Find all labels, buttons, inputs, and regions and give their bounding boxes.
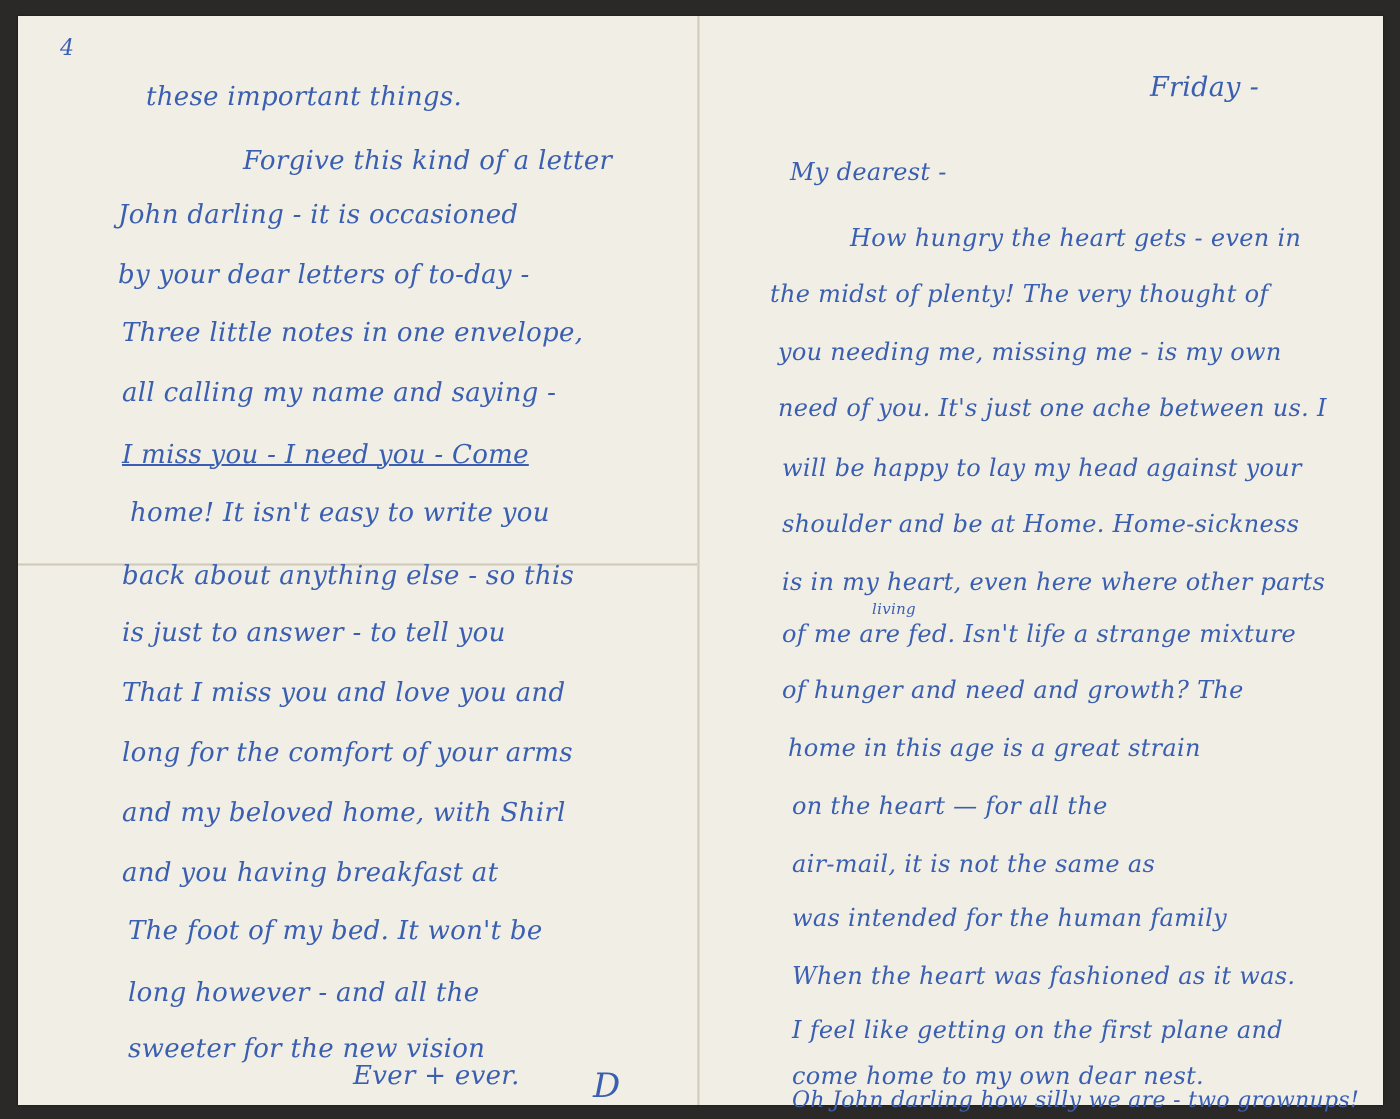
letter-line: the midst of plenty! The very thought of [770, 280, 1269, 308]
inserted-word: living [872, 600, 916, 618]
letter-line: was intended for the human family [792, 904, 1227, 932]
letter-line: will be happy to lay my head against you… [782, 454, 1302, 482]
letter-line: Forgive this kind of a letter [243, 146, 612, 176]
right-page: Friday - My dearest - How hungry the hea… [700, 16, 1383, 1105]
letter-line: home in this age is a great strain [788, 734, 1201, 762]
letter-line: and my beloved home, with Shirl [122, 798, 566, 828]
letter-line: need of you. It's just one ache between … [778, 394, 1327, 422]
letter-line: air-mail, it is not the same as [792, 850, 1155, 878]
letter-line: Oh John darling how silly we are - two g… [792, 1088, 1359, 1113]
letter-line: you needing me, missing me - is my own [778, 338, 1282, 366]
letter-line: I miss you - I need you - Come [122, 440, 529, 470]
letter-line: is in my heart, even here where other pa… [782, 568, 1325, 596]
left-page: 4 these important things. Forgive this k… [18, 16, 698, 1105]
letter-line: of me are fed. Isn't life a strange mixt… [782, 620, 1296, 648]
letter-line: and you having breakfast at [122, 858, 498, 888]
letter-line: sweeter for the new vision [128, 1034, 485, 1064]
letter-line: of hunger and need and growth? The [782, 676, 1244, 704]
letter-line: these important things. [146, 82, 462, 112]
letter-line: That I miss you and love you and [122, 678, 565, 708]
letter-line: is just to answer - to tell you [122, 618, 506, 648]
letter-salutation: My dearest - [790, 158, 947, 186]
letter-line: on the heart — for all the [792, 792, 1108, 820]
letter-line: all calling my name and saying - [122, 378, 556, 408]
letter-line: John darling - it is occasioned [118, 200, 518, 230]
letter-line: come home to my own dear nest. [792, 1062, 1204, 1090]
letter-date: Friday - [1150, 72, 1259, 103]
letter-line: How hungry the heart gets - even in [850, 224, 1301, 252]
letter-paper: 4 these important things. Forgive this k… [18, 16, 1383, 1105]
letter-line: The foot of my bed. It won't be [128, 916, 543, 946]
letter-line: long however - and all the [128, 978, 479, 1008]
letter-line: by your dear letters of to-day - [118, 260, 530, 290]
page-number: 4 [60, 36, 74, 61]
letter-line: When the heart was fashioned as it was. [792, 962, 1295, 990]
letter-line: long for the comfort of your arms [122, 738, 573, 768]
letter-closing: Ever + ever. [353, 1061, 520, 1091]
letter-line: shoulder and be at Home. Home-sickness [782, 510, 1299, 538]
letter-line: I feel like getting on the first plane a… [792, 1016, 1283, 1044]
letter-line: home! It isn't easy to write you [130, 498, 550, 528]
letter-line: back about anything else - so this [122, 561, 574, 591]
signature: D [593, 1066, 621, 1106]
letter-line: Three little notes in one envelope, [122, 318, 583, 348]
